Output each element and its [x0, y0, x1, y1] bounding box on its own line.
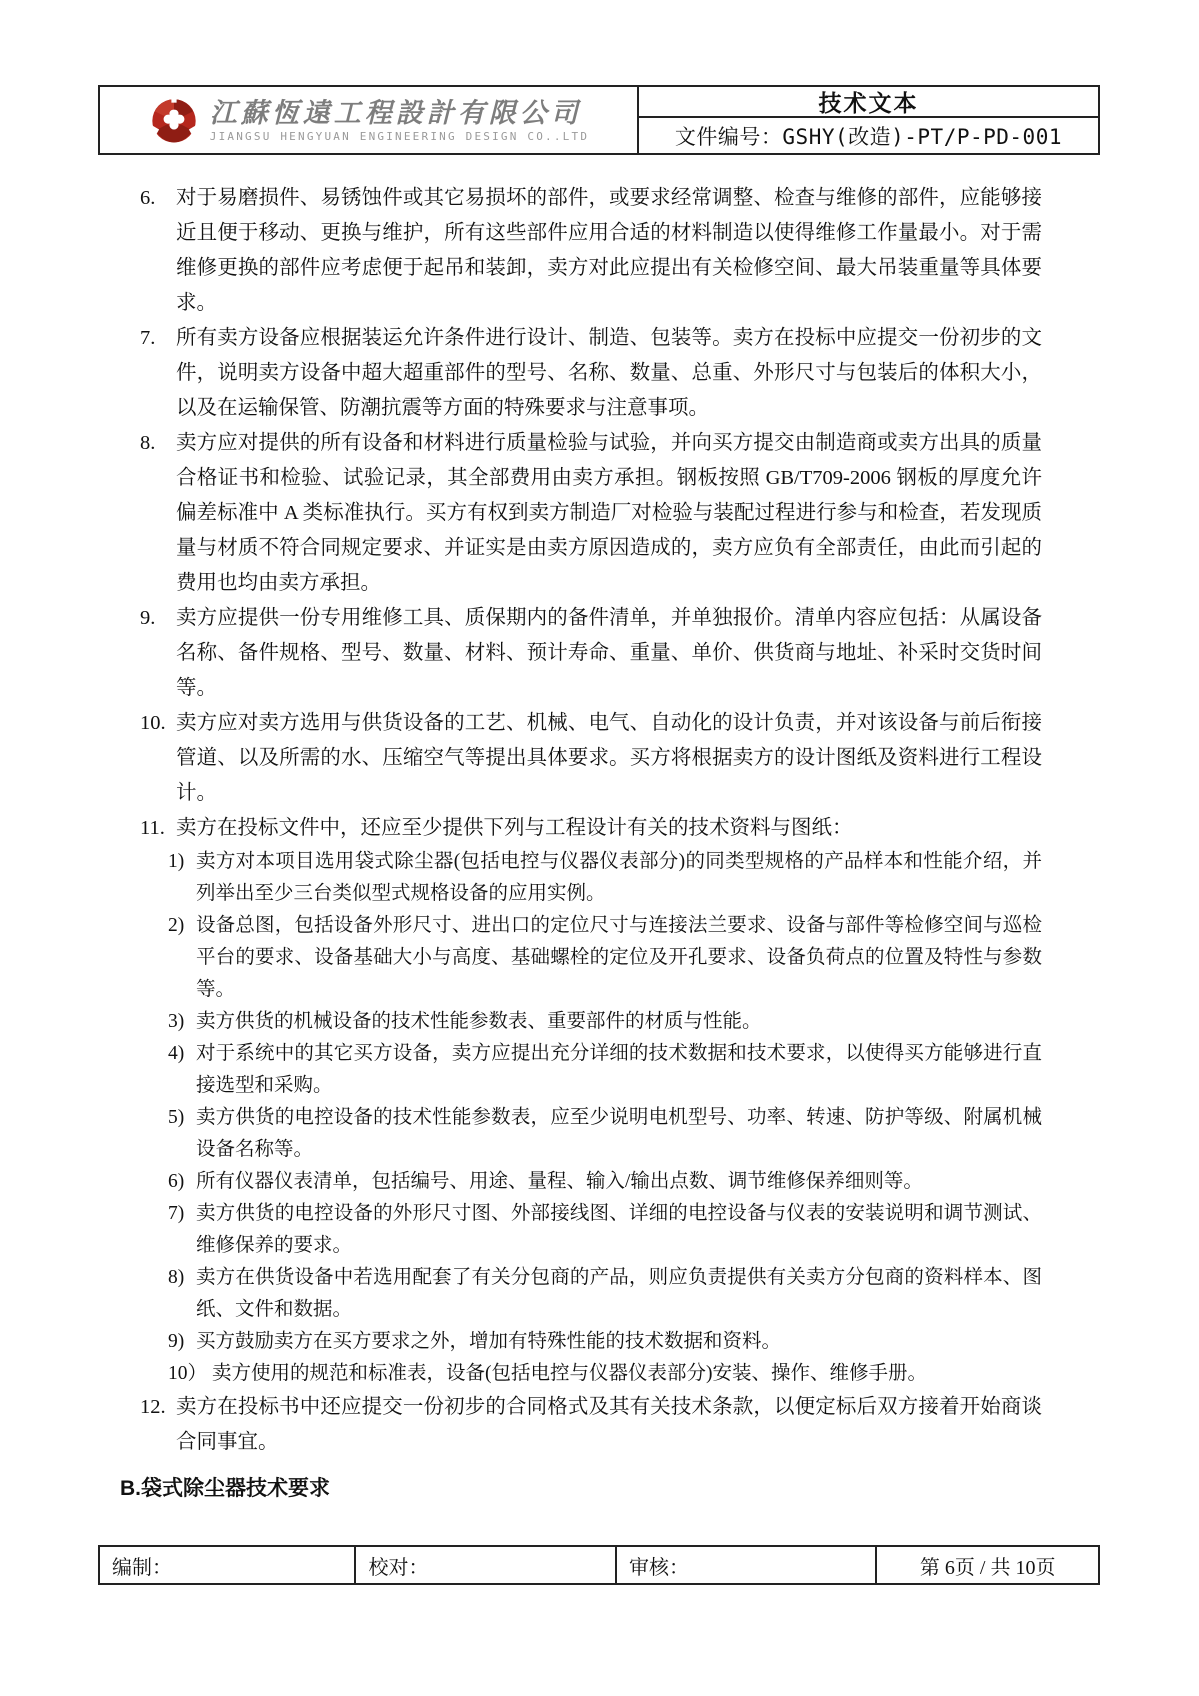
subitem-number: 6): [168, 1166, 196, 1198]
list-item: 12.卖方在投标书中还应提交一份初步的合同格式及其有关技术条款，以便定标后双方接…: [140, 1390, 1042, 1460]
item-text: 所有卖方设备应根据装运允许条件进行设计、制造、包装等。卖方在投标中应提交一份初步…: [176, 321, 1042, 426]
proofread-label: 校对：: [368, 1551, 428, 1580]
doc-number-row: 文件编号：GSHY(改造)-PT/P-PD-001: [639, 118, 1098, 153]
list-item: 6.对于易磨损件、易锈蚀件或其它易损坏的部件，或要求经常调整、检查与维修的部件，…: [140, 181, 1042, 321]
subitem-text: 买方鼓励卖方在买方要求之外，增加有特殊性能的技术数据和资料。: [196, 1326, 1042, 1358]
subitem-text: 卖方使用的规范和标准表，设备(包括电控与仪器仪表部分)安装、操作、维修手册。: [212, 1358, 1042, 1390]
company-logo-icon: [148, 94, 200, 146]
sub-list-item: 2)设备总图，包括设备外形尺寸、进出口的定位尺寸与连接法兰要求、设备与部件等检修…: [168, 910, 1042, 1006]
numbered-list: 6.对于易磨损件、易锈蚀件或其它易损坏的部件，或要求经常调整、检查与维修的部件，…: [140, 181, 1042, 1460]
subitem-text: 所有仪器仪表清单，包括编号、用途、量程、输入/输出点数、调节维修保养细则等。: [196, 1166, 1042, 1198]
sub-list-item: 10）卖方使用的规范和标准表，设备(包括电控与仪器仪表部分)安装、操作、维修手册…: [168, 1358, 1042, 1390]
subitem-number: 10）: [168, 1358, 212, 1390]
sub-list-item: 8)卖方在供货设备中若选用配套了有关分包商的产品，则应负责提供有关卖方分包商的资…: [168, 1262, 1042, 1326]
sub-list-item: 1)卖方对本项目选用袋式除尘器(包括电控与仪器仪表部分)的同类型规格的产品样本和…: [168, 846, 1042, 910]
subitem-number: 9): [168, 1326, 196, 1358]
list-item: 10.卖方应对卖方选用与供货设备的工艺、机械、电气、自动化的设计负责，并对该设备…: [140, 706, 1042, 811]
list-item: 7.所有卖方设备应根据装运允许条件进行设计、制造、包装等。卖方在投标中应提交一份…: [140, 321, 1042, 426]
footer-proofread-cell: 校对：: [356, 1547, 616, 1583]
document-body: 6.对于易磨损件、易锈蚀件或其它易损坏的部件，或要求经常调整、检查与维修的部件，…: [140, 181, 1042, 1506]
subitem-text: 设备总图，包括设备外形尺寸、进出口的定位尺寸与连接法兰要求、设备与部件等检修空间…: [196, 910, 1042, 1006]
item-number: 10.: [140, 706, 176, 811]
list-item: 11.卖方在投标文件中，还应至少提供下列与工程设计有关的技术资料与图纸：: [140, 811, 1042, 846]
sub-list-item: 9)买方鼓励卖方在买方要求之外，增加有特殊性能的技术数据和资料。: [168, 1326, 1042, 1358]
company-name-cn: 江蘇恆遠工程設計有限公司: [210, 98, 582, 128]
subitem-number: 2): [168, 910, 196, 1006]
subitem-number: 1): [168, 846, 196, 910]
company-name-en: JIANGSU HENGYUAN ENGINEERING DESIGN CO..…: [210, 130, 589, 143]
item-text: 卖方在投标文件中，还应至少提供下列与工程设计有关的技术资料与图纸：: [176, 811, 1042, 846]
subitem-text: 卖方供货的电控设备的技术性能参数表，应至少说明电机型号、功率、转速、防护等级、附…: [196, 1102, 1042, 1166]
header-company-cell: 江蘇恆遠工程設計有限公司 JIANGSU HENGYUAN ENGINEERIN…: [100, 87, 639, 153]
sub-list-item: 6)所有仪器仪表清单，包括编号、用途、量程、输入/输出点数、调节维修保养细则等。: [168, 1166, 1042, 1198]
page-number: 第 6页 / 共 10页: [920, 1551, 1056, 1580]
doc-number: 文件编号：GSHY(改造)-PT/P-PD-001: [675, 121, 1062, 151]
item-text: 对于易磨损件、易锈蚀件或其它易损坏的部件，或要求经常调整、检查与维修的部件，应能…: [176, 181, 1042, 321]
company-names: 江蘇恆遠工程設計有限公司 JIANGSU HENGYUAN ENGINEERIN…: [210, 98, 589, 143]
sub-list-item: 3)卖方供货的机械设备的技术性能参数表、重要部件的材质与性能。: [168, 1006, 1042, 1038]
subitem-number: 5): [168, 1102, 196, 1166]
sub-list-item: 4)对于系统中的其它买方设备，卖方应提出充分详细的技术数据和技术要求，以使得买方…: [168, 1038, 1042, 1102]
item-number: 12.: [140, 1390, 176, 1460]
header-doc-cell: 技术文本 文件编号：GSHY(改造)-PT/P-PD-001: [639, 87, 1098, 153]
footer-page-cell: 第 6页 / 共 10页: [877, 1547, 1098, 1583]
item-number: 7.: [140, 321, 176, 426]
document-page: 江蘇恆遠工程設計有限公司 JIANGSU HENGYUAN ENGINEERIN…: [0, 0, 1199, 1696]
subitem-number: 4): [168, 1038, 196, 1102]
subitem-number: 7): [168, 1198, 196, 1262]
item-text: 卖方在投标书中还应提交一份初步的合同格式及其有关技术条款，以便定标后双方接着开始…: [176, 1390, 1042, 1460]
item-number: 6.: [140, 181, 176, 321]
document-footer: 编制： 校对： 审核： 第 6页 / 共 10页: [98, 1545, 1100, 1585]
reviewed-label: 审核：: [629, 1551, 689, 1580]
item-text: 卖方应对提供的所有设备和材料进行质量检验与试验，并向买方提交由制造商或卖方出具的…: [176, 426, 1042, 601]
subitem-number: 3): [168, 1006, 196, 1038]
sub-list-item: 7)卖方供货的电控设备的外形尺寸图、外部接线图、详细的电控设备与仪表的安装说明和…: [168, 1198, 1042, 1262]
item-text: 卖方应对卖方选用与供货设备的工艺、机械、电气、自动化的设计负责，并对该设备与前后…: [176, 706, 1042, 811]
prepared-label: 编制：: [112, 1551, 172, 1580]
subitem-number: 8): [168, 1262, 196, 1326]
list-item: 9.卖方应提供一份专用维修工具、质保期内的备件清单，并单独报价。清单内容应包括：…: [140, 601, 1042, 706]
footer-prepared-cell: 编制：: [100, 1547, 356, 1583]
doc-type-row: 技术文本: [639, 87, 1098, 118]
section-heading: B.袋式除尘器技术要求: [120, 1472, 1042, 1506]
item-text: 卖方应提供一份专用维修工具、质保期内的备件清单，并单独报价。清单内容应包括：从属…: [176, 601, 1042, 706]
item-number: 9.: [140, 601, 176, 706]
sub-list-item: 5)卖方供货的电控设备的技术性能参数表，应至少说明电机型号、功率、转速、防护等级…: [168, 1102, 1042, 1166]
document-header: 江蘇恆遠工程設計有限公司 JIANGSU HENGYUAN ENGINEERIN…: [98, 85, 1100, 155]
subitem-text: 对于系统中的其它买方设备，卖方应提出充分详细的技术数据和技术要求，以使得买方能够…: [196, 1038, 1042, 1102]
item-number: 11.: [140, 811, 176, 846]
item-number: 8.: [140, 426, 176, 601]
doc-type-title: 技术文本: [818, 85, 918, 118]
subitem-text: 卖方对本项目选用袋式除尘器(包括电控与仪器仪表部分)的同类型规格的产品样本和性能…: [196, 846, 1042, 910]
list-item: 8.卖方应对提供的所有设备和材料进行质量检验与试验，并向买方提交由制造商或卖方出…: [140, 426, 1042, 601]
subitem-text: 卖方供货的电控设备的外形尺寸图、外部接线图、详细的电控设备与仪表的安装说明和调节…: [196, 1198, 1042, 1262]
subitem-text: 卖方供货的机械设备的技术性能参数表、重要部件的材质与性能。: [196, 1006, 1042, 1038]
sub-list: 1)卖方对本项目选用袋式除尘器(包括电控与仪器仪表部分)的同类型规格的产品样本和…: [168, 846, 1042, 1390]
subitem-text: 卖方在供货设备中若选用配套了有关分包商的产品，则应负责提供有关卖方分包商的资料样…: [196, 1262, 1042, 1326]
footer-reviewed-cell: 审核：: [617, 1547, 877, 1583]
